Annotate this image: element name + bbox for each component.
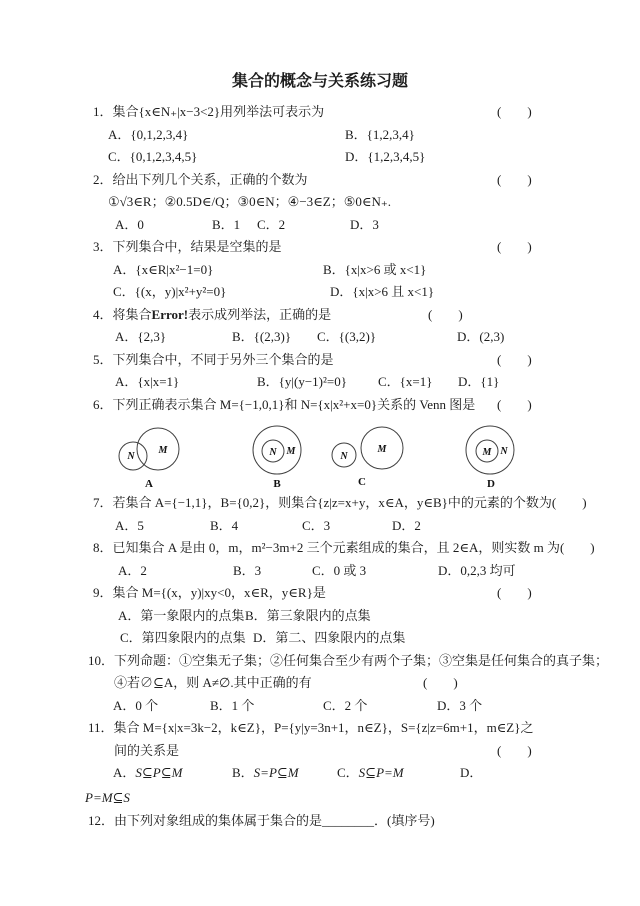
question-12-number: 12． [88,813,114,828]
question-3: 3．下列集合中，结果是空集的是 ( ) [85,236,590,259]
question-9-option-a: A．第一象限内的点集 [118,605,245,628]
venn-c-label-m: M [377,444,388,455]
question-1-option-c: C．{0,1,2,3,4,5} [108,146,345,169]
question-9-answer-blank: ( ) [497,582,532,605]
question-3-option-d: D．{x|x>6 且 x<1} [330,281,434,304]
question-1-option-d: D．{1,2,3,4,5} [345,146,425,169]
question-3-stem: 下列集合中，结果是空集的是 [113,239,282,254]
question-3-number: 3． [93,239,113,254]
question-11-option-b: B．S=P⊆M [232,762,337,785]
question-2-option-c: C．2 [257,214,350,237]
question-1-option-a: A．{0,1,2,3,4} [108,124,345,147]
question-11-option-d: D． [460,762,482,785]
question-4-stem-post: 表示成列举法，正确的是 [188,307,331,322]
question-7-stem: 若集合 A={−1,1}，B={0,2}，则集合{z|z=x+y，x∈A，y∈B… [113,495,552,510]
question-1-stem: 集合{x∈N₊|x−3<2}用列举法可表示为 [113,104,325,119]
question-2-items: ①√3∈R；②0.5D∈/Q；③0∈N；④−3∈Z；⑤0∈N₊. [85,191,590,214]
question-11-stem-line2-row: 间的关系是 ( ) [85,740,590,763]
question-7-option-b: B．4 [210,515,302,538]
question-2-options-row: A．0 B．1 C．2 D．3 [85,214,590,237]
worksheet-page: 集合的概念与关系练习题 1．集合{x∈N₊|x−3<2}用列举法可表示为 ( )… [0,0,640,906]
question-2-stem: 给出下列几个关系，正确的个数为 [113,172,308,187]
question-1-answer-blank: ( ) [497,101,532,124]
option-letter: B． [232,765,254,780]
option-math: S⊆P=M [359,765,404,780]
question-5-options-row: A．{x|x=1} B．{y|(y−1)²=0} C．{x=1} D．{1} [85,371,590,394]
question-9-options-row-1: A．第一象限内的点集 B．第三象限内的点集 [85,605,590,628]
question-9-options-row-2: C．第四象限内的点集 D．第二、四象限内的点集 [85,627,590,650]
question-5-option-a: A．{x|x=1} [115,371,257,394]
question-11: 11．集合 M={x|x=3k−2，k∈Z}，P={y|y=3n+1，n∈Z}，… [85,717,590,740]
question-8: 8．已知集合 A 是由 0，m，m²−3m+2 三个元素组成的集合，且 2∈A，… [85,537,590,560]
question-5-option-b: B．{y|(y−1)²=0} [257,371,378,394]
question-8-option-c: C．0 或 3 [312,560,438,583]
question-11-stem-line1: 集合 M={x|x=3k−2，k∈Z}，P={y|y=3n+1，n∈Z}，S={… [114,720,534,735]
option-math: S=P⊆M [254,765,299,780]
question-3-answer-blank: ( ) [497,236,532,259]
venn-b-label-n: N [268,447,277,458]
question-7-option-a: A．5 [115,515,210,538]
question-7-option-d: D．2 [392,515,421,538]
question-10-option-c: C．2 个 [323,695,437,718]
question-5-option-c: C．{x=1} [378,371,458,394]
question-4-options-row: A．{2,3} B．{(2,3)} C．{(3,2)} D．(2,3) [85,326,590,349]
question-10-option-a: A．0 个 [113,695,210,718]
page-title: 集合的概念与关系练习题 [0,0,640,91]
question-4-option-c: C．{(3,2)} [317,326,457,349]
option-math-overflow: P=M⊆S [85,790,130,805]
question-8-option-b: B．3 [233,560,312,583]
question-11-answer-blank: ( ) [497,740,532,763]
venn-c-label-n: N [339,451,348,462]
question-2-option-b: B．1 [212,214,257,237]
question-7-options-row: A．5 B．4 C．3 D．2 [85,515,590,538]
venn-option-d: M N D [466,426,514,490]
question-11-option-c: C．S⊆P=M [337,762,460,785]
question-1-number: 1． [93,104,113,119]
question-7: 7．若集合 A={−1,1}，B={0,2}，则集合{z|z=x+y，x∈A，y… [85,492,590,515]
question-5-number: 5． [93,352,113,367]
question-2-option-d: D．3 [350,214,379,237]
question-5-answer-blank: ( ) [497,349,532,372]
question-5-option-d: D．{1} [458,371,499,394]
question-9-option-c: C．第四象限内的点集 [120,627,253,650]
question-5: 5．下列集合中，不同于另外三个集合的是 ( ) [85,349,590,372]
question-7-number: 7． [93,495,113,510]
venn-a-caption: A [145,478,153,490]
question-6-stem: 下列正确表示集合 M={−1,0,1}和 N={x|x²+x=0}关系的 Ven… [113,397,476,412]
question-4: 4．将集合Error!表示成列举法，正确的是 ( ) [85,304,590,327]
option-letter: C． [337,765,359,780]
question-11-options-row: A．S⊆P⊆M B．S=P⊆M C．S⊆P=M D． [85,762,590,785]
question-7-answer-blank: ( ) [552,495,587,510]
venn-d-label-n: N [499,446,508,457]
question-10-stem-line1: 下列命题：①空集无子集；②任何集合至少有两个子集；③空集是任何集合的真子集； [114,653,608,668]
venn-b-caption: B [273,478,281,490]
question-11-option-a: A．S⊆P⊆M [113,762,232,785]
question-8-option-a: A．2 [118,560,233,583]
question-9-number: 9． [93,585,113,600]
venn-option-c: N M C [332,427,403,488]
question-10-answer-blank: ( ) [423,672,458,695]
question-10-options-row: A．0 个 B．1 个 C．2 个 D．3 个 [85,695,590,718]
question-2-option-a: A．0 [115,214,212,237]
question-8-number: 8． [93,540,113,555]
worksheet-content: 1．集合{x∈N₊|x−3<2}用列举法可表示为 ( ) A．{0,1,2,3,… [85,101,590,832]
question-3-options-row-1: A．{x∈R|x²−1=0} B．{x|x>6 或 x<1} [85,259,590,282]
question-9-option-d: D．第二、四象限内的点集 [253,627,405,650]
question-10-stem-line2: ④若∅⊆A，则 A≠∅.其中正确的有 [114,675,312,690]
option-letter: D． [460,765,482,780]
question-5-stem: 下列集合中，不同于另外三个集合的是 [113,352,334,367]
question-9-option-b: B．第三象限内的点集 [245,605,371,628]
question-10-option-b: B．1 个 [210,695,323,718]
question-4-option-d: D．(2,3) [457,326,504,349]
venn-diagrams: N M A N M B N M C [85,418,535,492]
venn-option-a: N M A [119,428,179,490]
question-1-options-row-2: C．{0,1,2,3,4,5} D．{1,2,3,4,5} [85,146,590,169]
question-10-option-d: D．3 个 [437,695,482,718]
question-6-answer-blank: ( ) [497,394,532,417]
question-4-number: 4． [93,307,113,322]
option-math: S⊆P⊆M [135,765,182,780]
question-7-option-c: C．3 [302,515,392,538]
question-3-option-a: A．{x∈R|x²−1=0} [113,259,323,282]
venn-d-label-m: M [482,447,493,458]
venn-d-caption: D [487,478,495,490]
question-2: 2．给出下列几个关系，正确的个数为 ( ) [85,169,590,192]
question-1-option-b: B．{1,2,3,4} [345,124,415,147]
question-10-stem-line2-row: ④若∅⊆A，则 A≠∅.其中正确的有 ( ) [85,672,590,695]
venn-option-b: N M B [253,426,301,490]
venn-b-label-m: M [286,446,297,457]
option-letter: A． [113,765,135,780]
venn-c-caption: C [358,476,366,488]
question-4-answer-blank: ( ) [428,304,463,327]
venn-a-label-m: M [158,445,169,456]
question-10: 10．下列命题：①空集无子集；②任何集合至少有两个子集；③空集是任何集合的真子集… [85,650,590,673]
venn-a-label-n: N [126,451,135,462]
question-8-options-row: A．2 B．3 C．0 或 3 D．0,2,3 均可 [85,560,590,583]
question-4-option-b: B．{(2,3)} [232,326,317,349]
question-4-stem-pre: 将集合 [113,307,152,322]
question-3-option-b: B．{x|x>6 或 x<1} [323,259,426,282]
question-11-stem-line2: 间的关系是 [114,743,179,758]
question-12-stem: 由下列对象组成的集体属于集合的是________．(填序号) [114,813,435,828]
question-11-option-d-overflow: P=M⊆S [85,785,590,810]
question-2-number: 2． [93,172,113,187]
question-12: 12．由下列对象组成的集体属于集合的是________．(填序号) [85,810,590,833]
question-9: 9．集合 M={(x，y)|xy<0，x∈R，y∈R}是 ( ) [85,582,590,605]
question-3-options-row-2: C．{(x，y)|x²+y²=0} D．{x|x>6 且 x<1} [85,281,590,304]
question-1-options-row-1: A．{0,1,2,3,4} B．{1,2,3,4} [85,124,590,147]
question-1: 1．集合{x∈N₊|x−3<2}用列举法可表示为 ( ) [85,101,590,124]
question-6-number: 6． [93,397,113,412]
question-2-answer-blank: ( ) [497,169,532,192]
question-9-stem: 集合 M={(x，y)|xy<0，x∈R，y∈R}是 [113,585,326,600]
question-8-stem: 已知集合 A 是由 0，m，m²−3m+2 三个元素组成的集合，且 2∈A，则实… [113,540,560,555]
question-6: 6．下列正确表示集合 M={−1,0,1}和 N={x|x²+x=0}关系的 V… [85,394,590,417]
question-11-number: 11． [88,720,114,735]
error-field-text: Error! [152,307,189,322]
question-8-option-d: D．0,2,3 均可 [438,560,516,583]
question-4-option-a: A．{2,3} [115,326,232,349]
question-3-option-c: C．{(x，y)|x²+y²=0} [113,281,330,304]
question-8-answer-blank: ( ) [560,540,595,555]
question-10-number: 10． [88,653,114,668]
